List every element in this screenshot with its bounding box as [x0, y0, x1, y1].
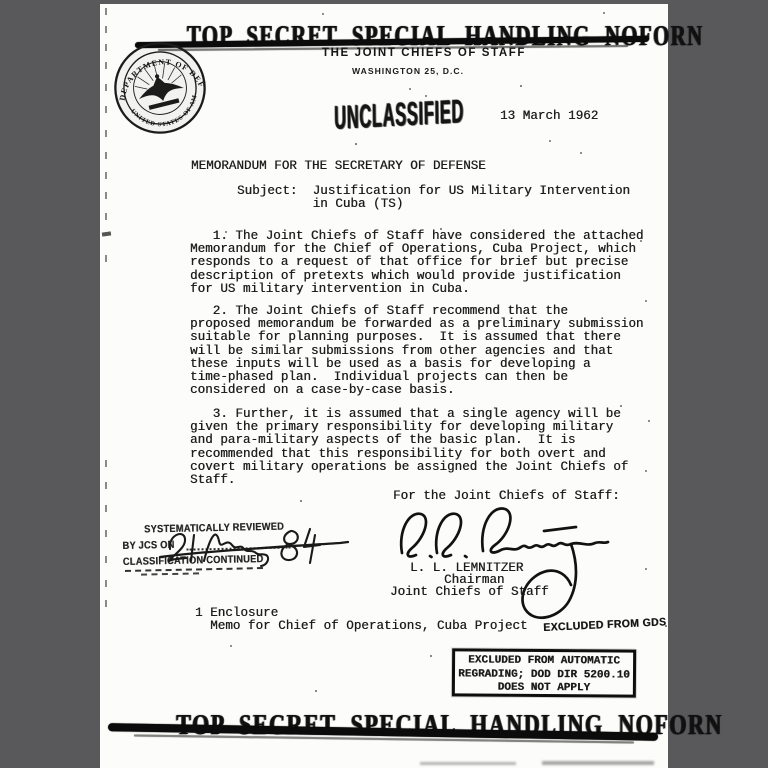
noise-speck: [603, 12, 605, 14]
scan-edge-top: [100, 0, 668, 4]
noise-speck: [440, 228, 442, 230]
binding-edge-dash: [105, 192, 107, 199]
noise-speck: [645, 568, 647, 570]
document-date: 13 March 1962: [500, 110, 598, 123]
noise-speck: [645, 470, 647, 472]
body-paragraph-1: 1. The Joint Chiefs of Staff have consid…: [190, 230, 643, 296]
subject-block: Subject: Justification for US Military I…: [237, 185, 630, 211]
binding-edge-dash: [105, 152, 107, 159]
memo-addressee-line: MEMORANDUM FOR THE SECRETARY OF DEFENSE: [191, 160, 486, 173]
unclassified-stamp: UNCLASSIFIED: [334, 93, 464, 138]
binding-edge-mark: [102, 231, 111, 236]
cutoff-text-fragment: [542, 761, 654, 765]
noise-speck: [648, 420, 650, 422]
binding-edge-dash: [105, 600, 107, 607]
noise-speck: [520, 85, 522, 87]
binding-edge-dash: [105, 460, 107, 467]
binding-edge-dash: [105, 84, 107, 91]
noise-speck: [322, 13, 324, 15]
body-paragraph-3: 3. Further, it is assumed that a single …: [190, 408, 628, 487]
noise-speck: [355, 143, 357, 145]
noise-speck: [645, 300, 647, 302]
letterhead-organization: THE JOINT CHIEFS OF STAFF: [322, 47, 526, 59]
regrading-box-text: EXCLUDED FROM AUTOMATIC REGRADING; DOD D…: [458, 654, 630, 696]
scanned-memo-page: TOP SECRET SPECIAL HANDLING NOFORN DEPAR…: [100, 0, 668, 768]
noise-speck: [409, 88, 411, 90]
noise-speck: [230, 645, 232, 647]
binding-edge-dash: [105, 213, 107, 220]
noise-speck: [430, 655, 432, 657]
noise-speck: [665, 625, 667, 627]
review-stamp-underline-2: [141, 572, 199, 575]
binding-edge-dash: [105, 8, 107, 15]
cutoff-text-fragment: [420, 762, 516, 765]
binding-edge-dash: [105, 44, 107, 51]
binding-edge-dash: [105, 580, 107, 587]
noise-speck: [580, 152, 582, 154]
handwritten-review-date: [158, 517, 448, 569]
enclosure-block: 1 Enclosure Memo for Chief of Operations…: [195, 607, 528, 633]
noise-speck: [225, 231, 227, 233]
noise-speck: [300, 500, 302, 502]
binding-edge-dash: [105, 62, 107, 69]
noise-speck: [315, 690, 317, 692]
binding-edge-dash: [105, 106, 107, 113]
body-paragraph-2: 2. The Joint Chiefs of Staff recommend t…: [190, 305, 643, 397]
binding-edge-dash: [105, 530, 107, 537]
binding-edge-dash: [105, 482, 107, 489]
binding-edge-dash: [105, 556, 107, 563]
noise-speck: [549, 140, 551, 142]
binding-edge-dash: [105, 26, 107, 33]
noise-speck: [610, 190, 612, 192]
binding-edge-dash: [105, 255, 107, 262]
letterhead-address: WASHINGTON 25, D.C.: [352, 66, 464, 76]
signatory-org: Joint Chiefs of Staff: [390, 586, 549, 599]
regrading-box-stamp: EXCLUDED FROM AUTOMATIC REGRADING; DOD D…: [452, 648, 636, 697]
binding-edge-dash: [105, 130, 107, 137]
binding-edge-dash: [105, 172, 107, 179]
binding-edge-dash: [105, 505, 107, 512]
noise-speck: [425, 95, 427, 97]
closing-line: For the Joint Chiefs of Staff:: [393, 490, 620, 503]
noise-speck: [640, 240, 642, 242]
noise-speck: [620, 405, 622, 407]
